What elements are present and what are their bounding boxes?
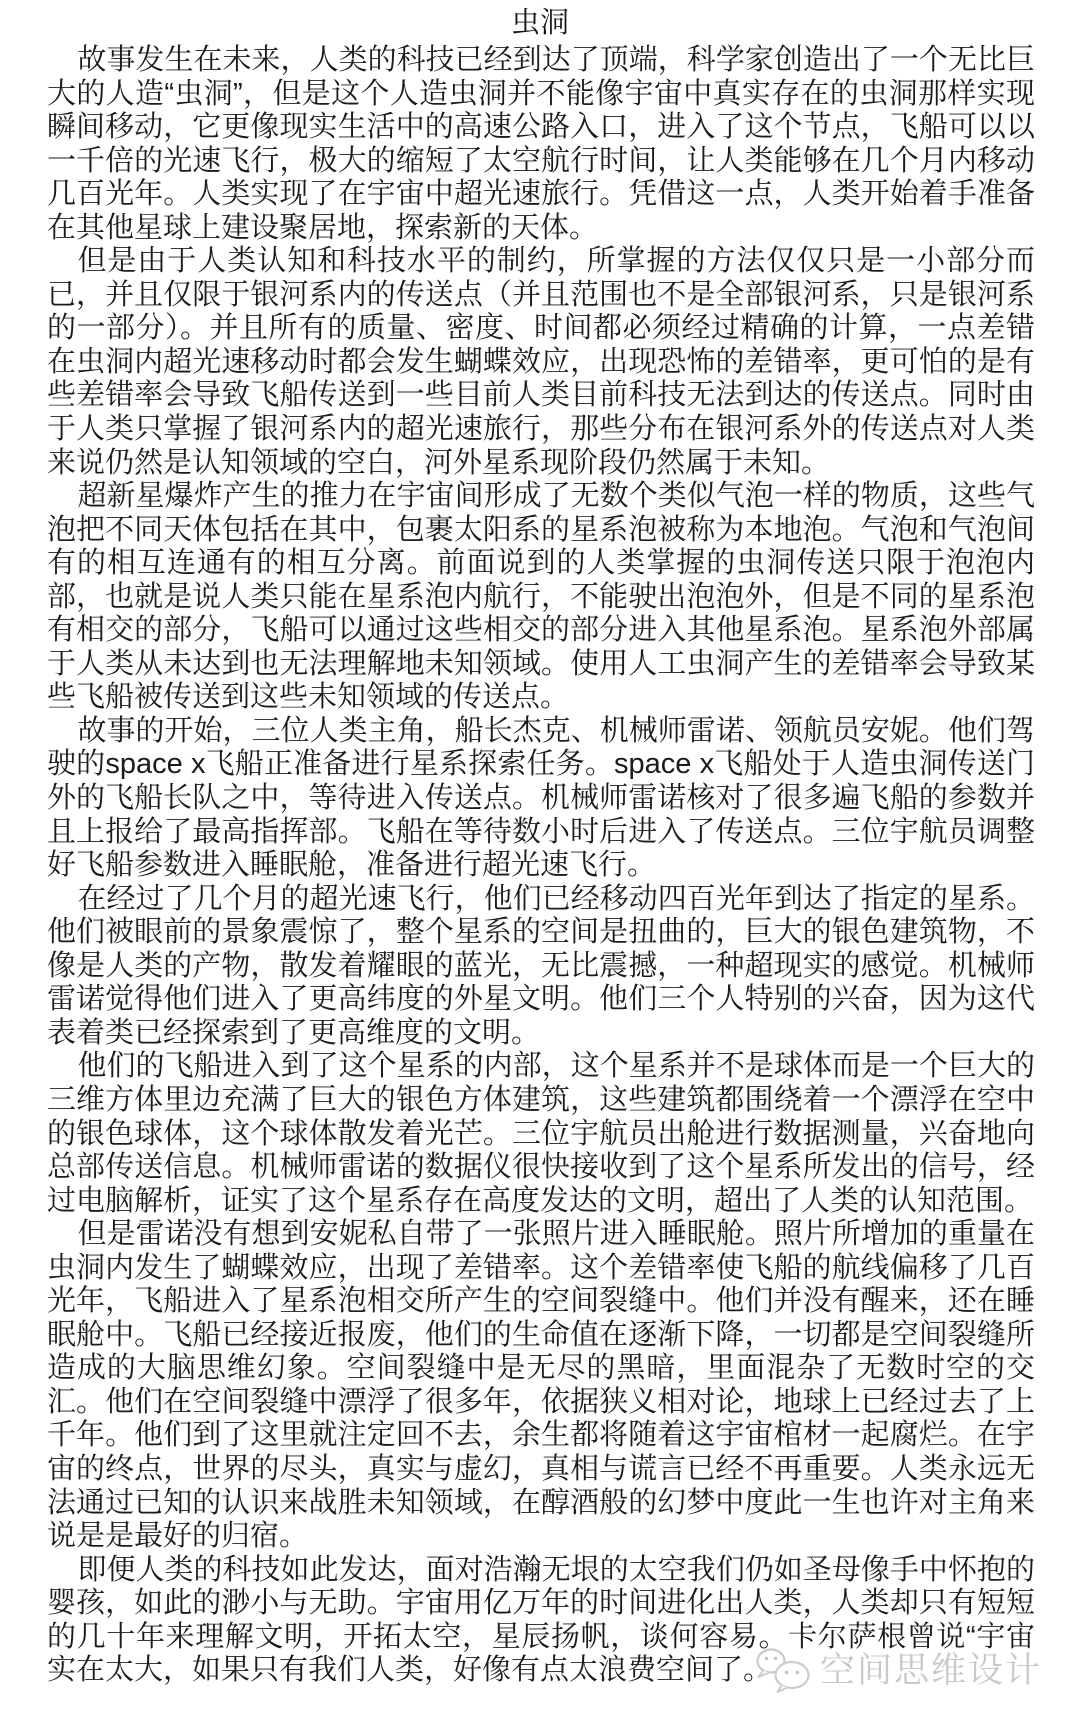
story-paragraph-5: 在经过了几个月的超光速飞行，他们已经移动四百光年到达了指定的星系。他们被眼前的景… — [47, 883, 1035, 1051]
story-paragraph-3: 超新星爆炸产生的推力在宇宙间形成了无数个类似气泡一样的物质，这些气泡把不同天体包… — [47, 480, 1035, 715]
article-page: 虫洞 故事发生在未来，人类的科技已经到达了顶端，科学家创造出了一个无比巨大的人造… — [0, 0, 1080, 1721]
story-paragraph-1: 故事发生在未来，人类的科技已经到达了顶端，科学家创造出了一个无比巨大的人造“虫洞… — [47, 44, 1035, 245]
story-paragraph-2: 但是由于人类认知和科技水平的制约，所掌握的方法仅仅只是一小部分而已，并且仅限于银… — [47, 245, 1035, 480]
story-paragraph-4: 故事的开始，三位人类主角，船长杰克、机械师雷诺、领航员安妮。他们驾驶的space… — [47, 715, 1035, 883]
article-body: 故事发生在未来，人类的科技已经到达了顶端，科学家创造出了一个无比巨大的人造“虫洞… — [0, 40, 1080, 1688]
page-title: 虫洞 — [0, 0, 1080, 40]
story-paragraph-6: 他们的飞船进入到了这个星系的内部，这个星系并不是球体而是一个巨大的三维方体里边充… — [47, 1050, 1035, 1218]
story-paragraph-7: 但是雷诺没有想到安妮私自带了一张照片进入睡眠舱。照片所增加的重量在虫洞内发生了蝴… — [47, 1218, 1035, 1553]
story-paragraph-8: 即便人类的科技如此发达，面对浩瀚无垠的太空我们仍如圣母像手中怀抱的婴孩，如此的渺… — [47, 1554, 1035, 1688]
